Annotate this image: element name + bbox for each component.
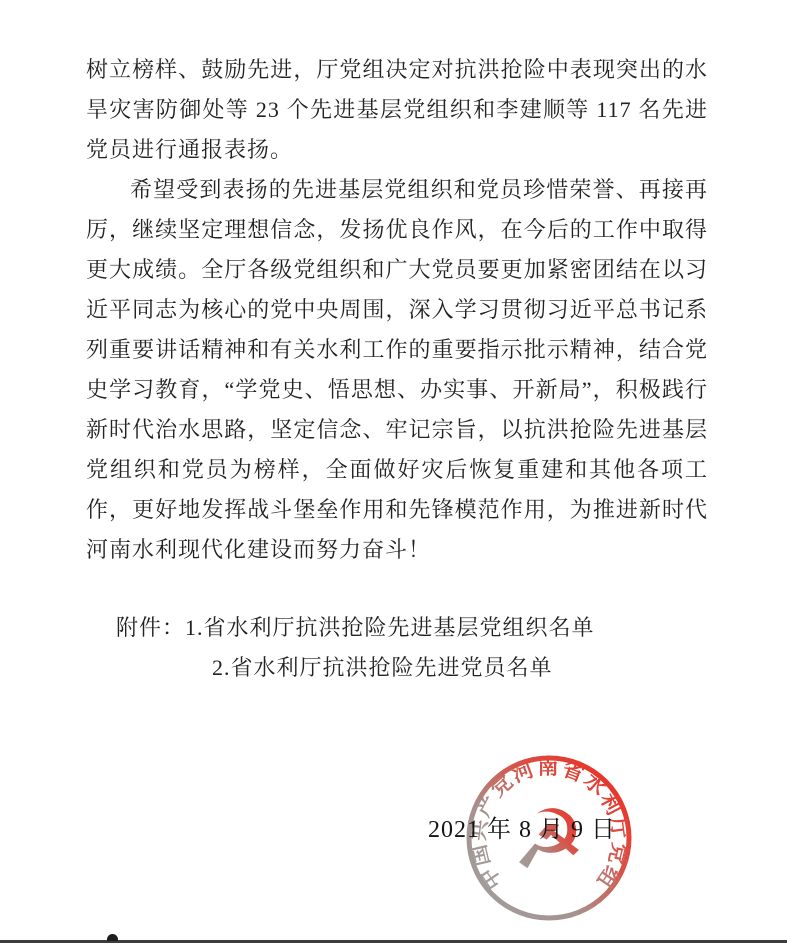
document-date: 2021 年 8 月 9 日 bbox=[428, 812, 608, 848]
attachment-line-1: 附件：1.省水利厅抗洪抢险先进基层党组织名单 bbox=[116, 608, 708, 648]
paragraph-hope: 希望受到表扬的先进基层党组织和党员珍惜荣誉、再接再厉，继续坚定理想信念，发扬优良… bbox=[86, 170, 708, 570]
body-text: 树立榜样、鼓励先进，厅党组决定对抗洪抢险中表现突出的水旱灾害防御处等 23 个先… bbox=[86, 50, 708, 688]
page-bottom-rule bbox=[0, 940, 787, 943]
document-page: 树立榜样、鼓励先进，厅党组决定对抗洪抢险中表现突出的水旱灾害防御处等 23 个先… bbox=[0, 0, 787, 948]
attachment-item-1: 1.省水利厅抗洪抢险先进基层党组织名单 bbox=[185, 615, 595, 640]
attachments-label: 附件： bbox=[116, 615, 185, 640]
attachments-block: 附件：1.省水利厅抗洪抢险先进基层党组织名单 2.省水利厅抗洪抢险先进党员名单 bbox=[86, 608, 708, 688]
paragraph-commendation: 树立榜样、鼓励先进，厅党组决定对抗洪抢险中表现突出的水旱灾害防御处等 23 个先… bbox=[86, 50, 708, 170]
attachment-line-2: 2.省水利厅抗洪抢险先进党员名单 bbox=[116, 648, 708, 688]
scan-artifact bbox=[107, 934, 118, 941]
attachment-item-2: 2.省水利厅抗洪抢险先进党员名单 bbox=[212, 655, 553, 680]
